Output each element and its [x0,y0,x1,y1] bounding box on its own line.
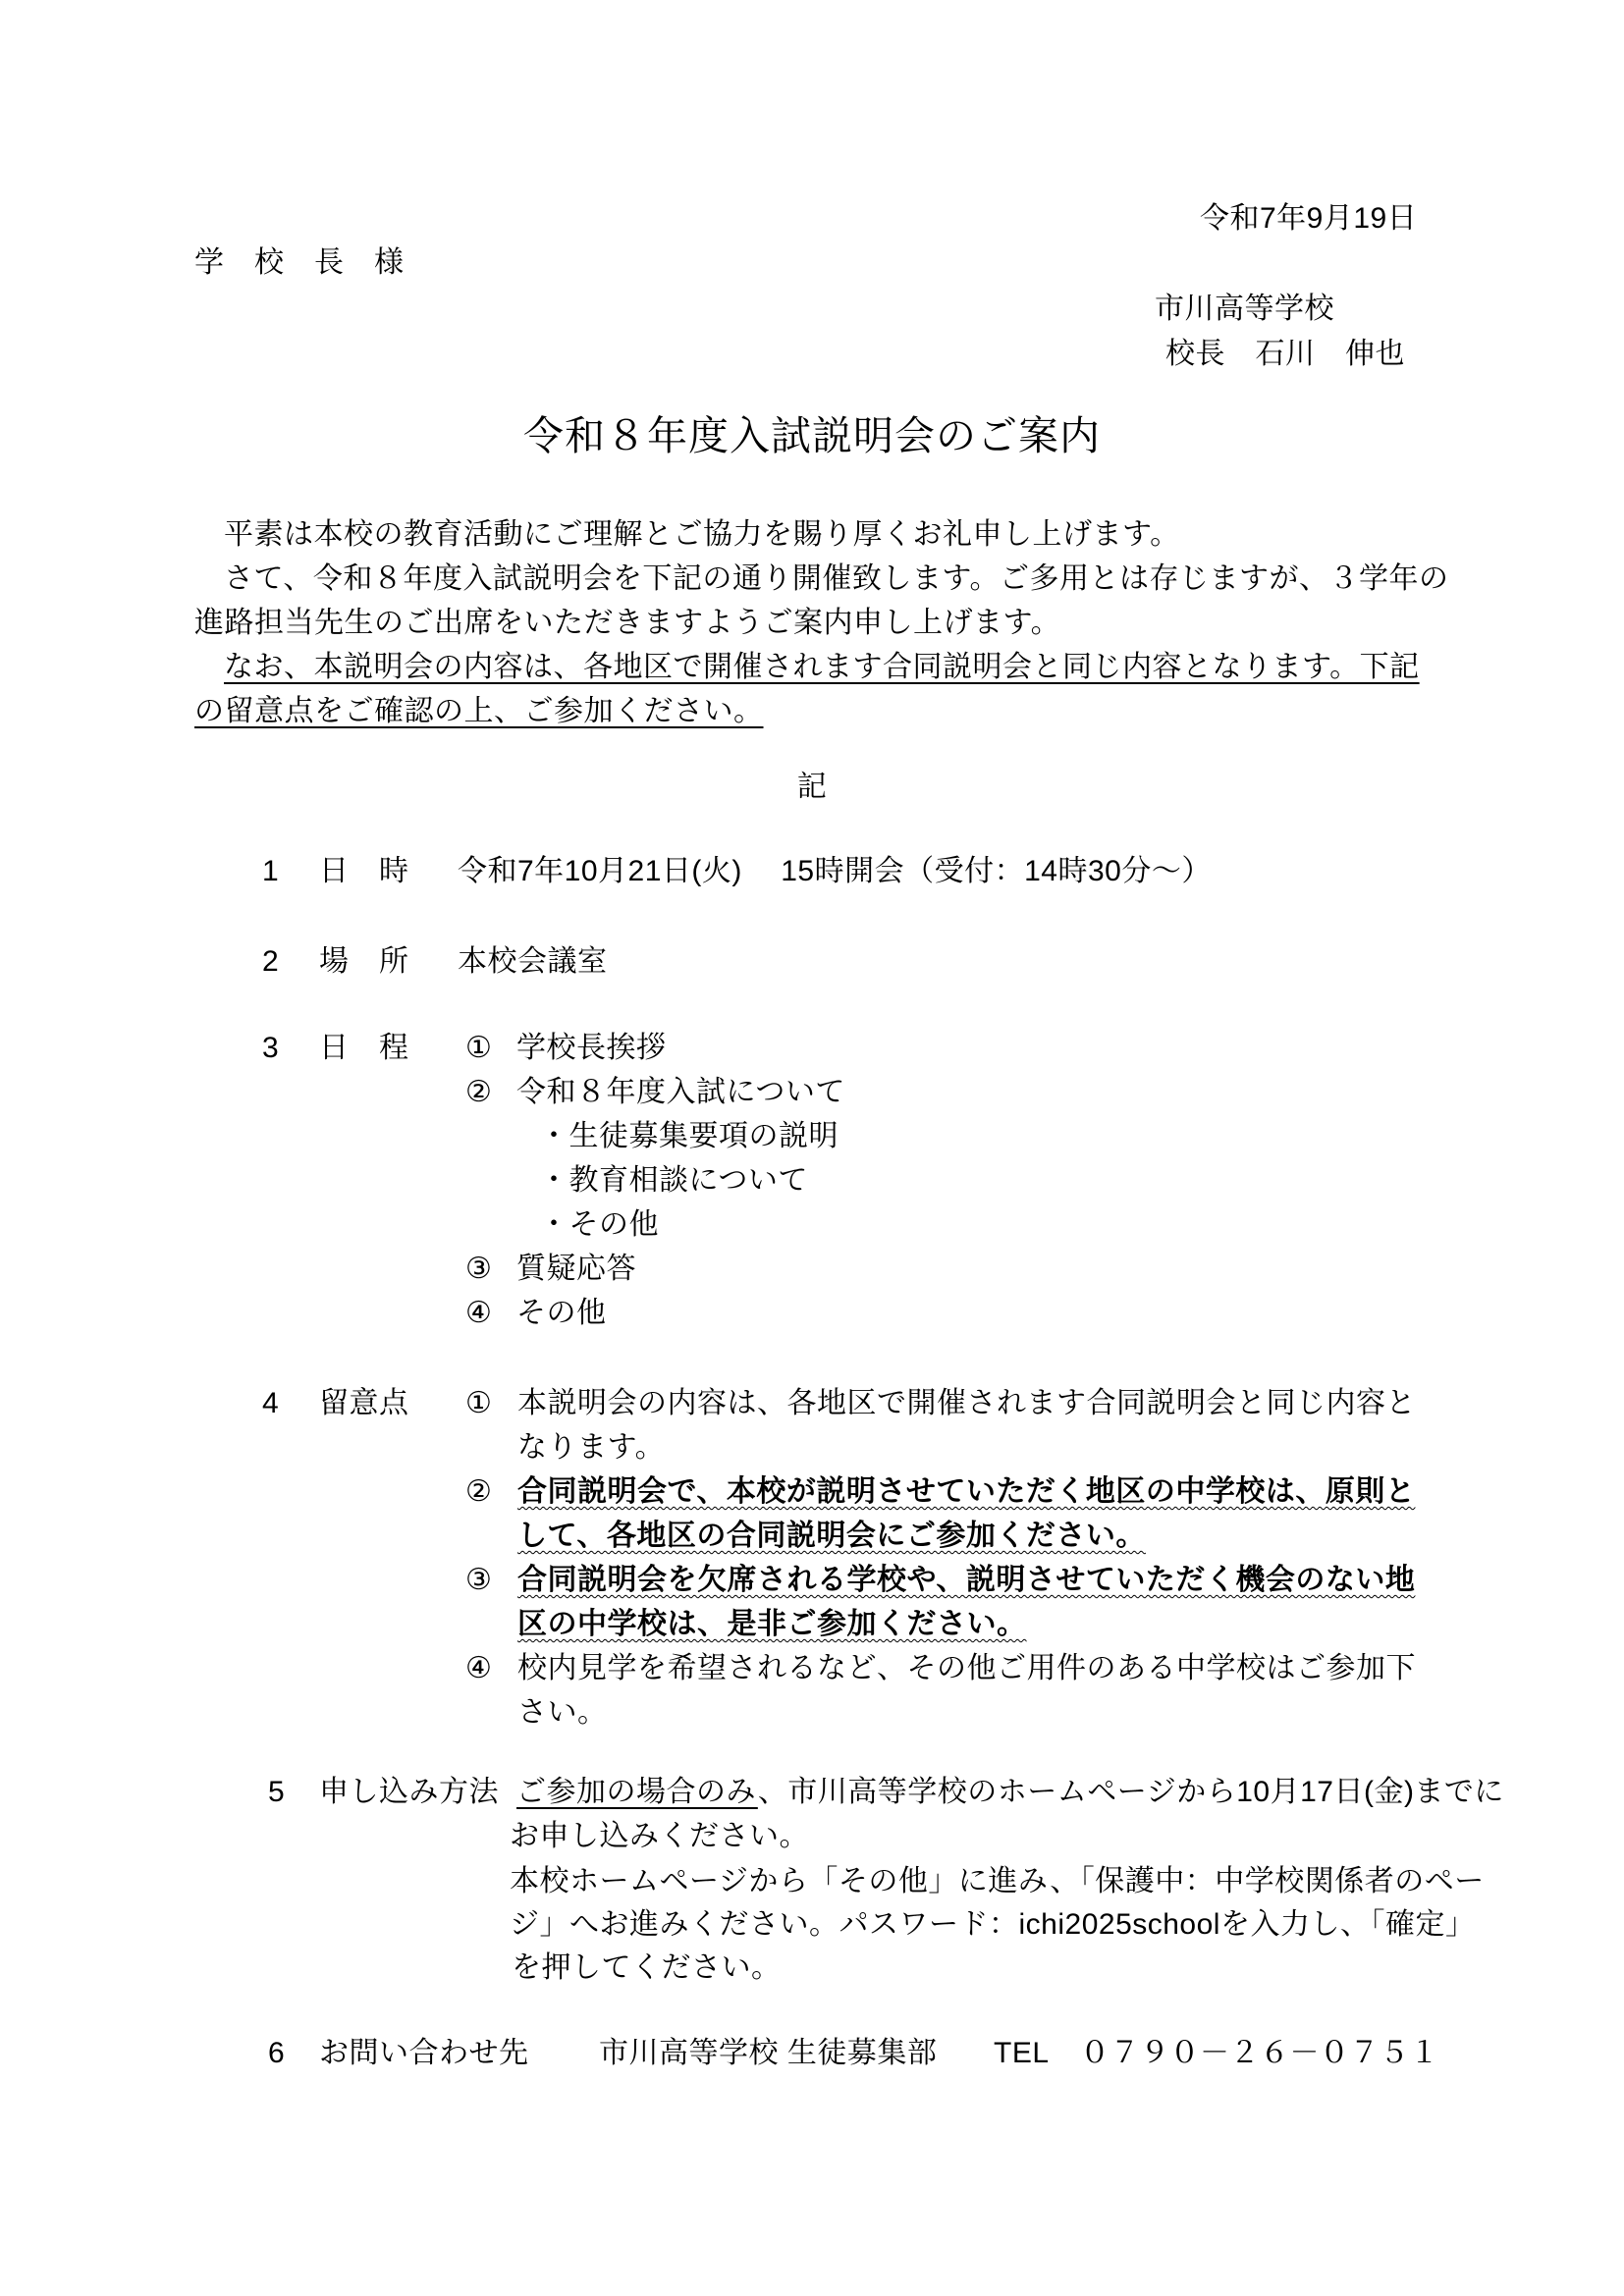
application-line-4: ジ」へお進みください。パスワード：ichi2025schoolを入力し、「確定」 [510,1905,1475,1945]
section-4-number: 4 [262,1384,279,1423]
section-1-number: 1 [262,852,279,891]
schedule-item-1-text: 学校長挨拶 [516,1029,667,1068]
note-paragraph-line-1: なお、本説明会の内容は、各地区で開催されます合同説明会と同じ内容となります。下記 [224,648,1420,687]
notes-item-4-line-1: 校内見学を希望されるなど、その他ご用件のある中学校はご参加下 [517,1649,1416,1688]
section-5-number: 5 [268,1773,285,1812]
notes-item-4-marker: ④ [465,1649,492,1688]
section-1-value: 令和7年10月21日(火) 15時開会（受付：14時30分～） [458,852,1212,891]
notes-item-4-line-2: さい。 [517,1693,608,1733]
schedule-item-2-marker: ② [465,1073,492,1112]
recipient-line: 学 校 長 様 [194,243,405,283]
contact-tel-number: ０７９０－２６－０７５１ [1080,2034,1439,2073]
section-6-number: 6 [268,2034,285,2073]
schedule-item-3-marker: ③ [465,1250,492,1289]
contact-tel-label: TEL [994,2034,1050,2073]
section-3-label: 日 程 [319,1029,409,1068]
application-line-3: 本校ホームページから「その他」に進み、「保護中：中学校関係者のペー [510,1862,1485,1901]
body-paragraph-line-2: 進路担当先生のご出席をいただきますようご案内申し上げます。 [194,604,1060,643]
section-3-number: 3 [262,1029,279,1068]
contact-department: 市川高等学校 生徒募集部 [599,2034,937,2073]
section-1-label: 日 時 [319,852,409,891]
schedule-subitem-2: ・教育相談について [539,1161,808,1201]
note-paragraph-line-2: の留意点をご確認の上、ご参加ください。 [194,692,764,731]
notes-item-2-marker: ② [465,1472,492,1512]
section-2-value: 本校会議室 [458,942,608,982]
application-line-2: お申し込みください。 [510,1817,809,1856]
document-page: 令和7年9月19日 学 校 長 様 市川高等学校 校長 石川 伸也 令和８年度入… [0,0,1624,2296]
schedule-item-4-text: その他 [516,1294,607,1333]
body-paragraph-line-1: さて、令和８年度入試説明会を下記の通り開催致します。ご多用とは存じますが、３学年… [224,560,1449,599]
sender-principal: 校長 石川 伸也 [1165,335,1405,374]
schedule-subitem-1: ・生徒募集要項の説明 [539,1117,839,1156]
schedule-item-1-marker: ① [465,1029,492,1068]
schedule-subitem-3: ・その他 [539,1205,659,1245]
record-mark: 記 [0,768,1624,807]
notes-item-2-line-1: 合同説明会で、本校が説明させていただく地区の中学校は、原則と [517,1472,1415,1512]
greeting-paragraph: 平素は本校の教育活動にご理解とご協力を賜り厚くお礼申し上げます。 [224,515,1180,555]
notes-item-3-line-2: 区の中学校は、是非ご参加ください。 [517,1605,1027,1644]
application-line-1-rest: 、市川高等学校のホームページから10月17日(金)までに [758,1776,1504,1808]
application-line-1-underlined: ご参加の場合のみ [516,1776,758,1808]
section-4-label: 留意点 [319,1384,409,1423]
section-6-label: お問い合わせ先 [319,2034,529,2073]
notes-item-2-line-2: して、各地区の合同説明会にご参加ください。 [517,1517,1146,1556]
notes-item-1-line-1: 本説明会の内容は、各地区で開催されます合同説明会と同じ内容と [517,1384,1416,1423]
issue-date: 令和7年9月19日 [1200,199,1417,239]
section-2-label: 場 所 [319,942,409,982]
document-title: 令和８年度入試説明会のご案内 [0,410,1624,461]
sender-school: 市川高等学校 [1155,290,1334,329]
application-line-5: を押してください。 [512,1949,782,1988]
section-2-number: 2 [262,942,279,982]
schedule-item-3-text: 質疑応答 [516,1250,636,1289]
schedule-item-2-text: 令和８年度入試について [516,1073,845,1112]
notes-item-3-line-1: 合同説明会を欠席される学校や、説明させていただく機会のない地 [517,1561,1415,1600]
application-line-1: ご参加の場合のみ、市川高等学校のホームページから10月17日(金)までに [516,1773,1504,1812]
schedule-item-4-marker: ④ [465,1294,492,1333]
notes-item-1-marker: ① [465,1384,492,1423]
section-5-label: 申し込み方法 [319,1773,499,1812]
notes-item-1-line-2: なります。 [517,1428,665,1468]
notes-item-3-marker: ③ [465,1561,492,1600]
